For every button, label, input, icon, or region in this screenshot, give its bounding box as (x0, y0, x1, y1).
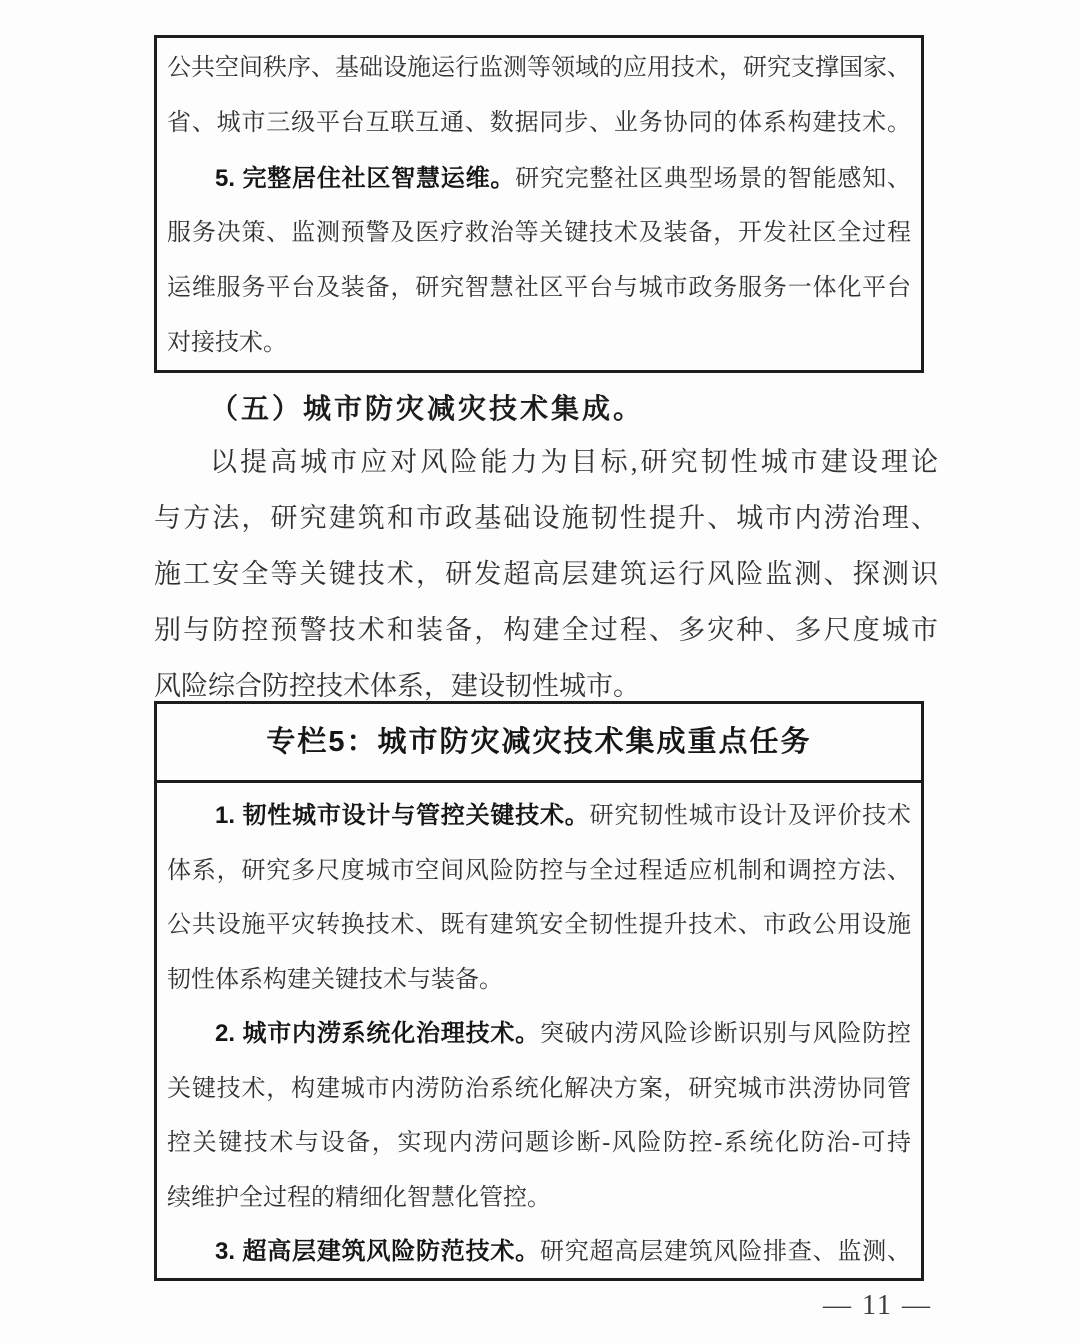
section-paragraph: 以提高城市应对风险能力为目标,研究韧性城市建设理论 与方法，研究建筑和市政基础设… (154, 434, 938, 714)
text-line-content: 控关键技术与设备，实现内涝问题诊断-风险防控-系统化防治-可持 (167, 1130, 911, 1156)
text-line: 别与防控预警技术和装备，构建全过程、多灾种、多尺度城市 (154, 602, 938, 658)
text-line-content: 以提高城市应对风险能力为目标,研究韧性城市建设理论 (210, 447, 938, 477)
text-line-content: 研究超高层建筑风险排查、监测、 (540, 1239, 911, 1265)
column5-body: 1. 韧性城市设计与管控关键技术。研究韧性城市设计及评价技术 体系，研究多尺度城… (157, 783, 921, 1280)
document-page: 公共空间秩序、基础设施运行监测等领域的应用技术，研究支撑国家、 省、城市三级平台… (0, 0, 1080, 1343)
text-line-content: 运维服务平台及装备，研究智慧社区平台与城市政务服务一体化平台 (167, 275, 911, 301)
text-line-content: 韧性体系构建关键技术与装备。 (167, 967, 503, 993)
item-number-label: 5. 完整居住社区智慧运维。 (215, 165, 515, 192)
text-line: 公共设施平灾转换技术、既有建筑安全韧性提升技术、市政公用设施 (167, 898, 911, 953)
text-line-content: 研究韧性城市设计及评价技术 (590, 803, 911, 829)
text-line-content: 施工安全等关键技术，研发超高层建筑运行风险监测、探测识 (154, 559, 938, 589)
text-line-content: 对接技术。 (167, 330, 287, 356)
continuation-task-box: 公共空间秩序、基础设施运行监测等领域的应用技术，研究支撑国家、 省、城市三级平台… (154, 35, 924, 373)
text-line: 体系，研究多尺度城市空间风险防控与全过程适应机制和调控方法、 (167, 844, 911, 899)
text-line: 5. 完整居住社区智慧运维。研究完整社区典型场景的智能感知、 (167, 151, 911, 206)
column5-title: 专栏5：城市防灾减灾技术集成重点任务 (157, 704, 921, 783)
text-line-content: 公共空间秩序、基础设施运行监测等领域的应用技术，研究支撑国家、 (167, 55, 911, 81)
column5-task-box: 专栏5：城市防灾减灾技术集成重点任务 1. 韧性城市设计与管控关键技术。研究韧性… (154, 701, 924, 1281)
text-line: 2. 城市内涝系统化治理技术。突破内涝风险诊断识别与风险防控 (167, 1007, 911, 1062)
text-line-content: 体系，研究多尺度城市空间风险防控与全过程适应机制和调控方法、 (167, 858, 911, 884)
text-line-content: 关键技术，构建城市内涝防治系统化解决方案，研究城市洪涝协同管 (167, 1076, 911, 1102)
text-line: 施工安全等关键技术，研发超高层建筑运行风险监测、探测识 (154, 546, 938, 602)
text-line-content: 公共设施平灾转换技术、既有建筑安全韧性提升技术、市政公用设施 (167, 912, 911, 938)
text-line: 控关键技术与设备，实现内涝问题诊断-风险防控-系统化防治-可持 (167, 1116, 911, 1171)
text-line: 3. 超高层建筑风险防范技术。研究超高层建筑风险排查、监测、 (167, 1225, 911, 1280)
text-line-content: 与方法，研究建筑和市政基础设施韧性提升、城市内涝治理、 (154, 503, 938, 533)
text-line: 关键技术，构建城市内涝防治系统化解决方案，研究城市洪涝协同管 (167, 1062, 911, 1117)
text-line: 服务决策、监测预警及医疗救治等关键技术及装备，开发社区全过程 (167, 206, 911, 261)
item-number-label: 2. 城市内涝系统化治理技术。 (215, 1020, 540, 1047)
text-line: 对接技术。 (167, 316, 911, 371)
text-line: 运维服务平台及装备，研究智慧社区平台与城市政务服务一体化平台 (167, 261, 911, 316)
text-line-content: 服务决策、监测预警及医疗救治等关键技术及装备，开发社区全过程 (167, 220, 911, 246)
item-number-label: 3. 超高层建筑风险防范技术。 (215, 1238, 540, 1265)
text-line: 1. 韧性城市设计与管控关键技术。研究韧性城市设计及评价技术 (167, 789, 911, 844)
item-number-label: 1. 韧性城市设计与管控关键技术。 (215, 802, 590, 829)
text-line-content: 别与防控预警技术和装备，构建全过程、多灾种、多尺度城市 (154, 615, 938, 645)
text-line-content: 风险综合防控技术体系，建设韧性城市。 (154, 671, 640, 701)
text-line: 省、城市三级平台互联互通、数据同步、业务协同的体系构建技术。 (167, 96, 911, 151)
text-line-content: 突破内涝风险诊断识别与风险防控 (540, 1021, 911, 1047)
text-line: 韧性体系构建关键技术与装备。 (167, 953, 911, 1008)
text-line-content: 研究完整社区典型场景的智能感知、 (515, 166, 911, 192)
section-heading: （五）城市防灾减灾技术集成。 (154, 390, 938, 430)
text-line-content: 省、城市三级平台互联互通、数据同步、业务协同的体系构建技术。 (167, 110, 911, 136)
text-line: 与方法，研究建筑和市政基础设施韧性提升、城市内涝治理、 (154, 490, 938, 546)
page-number: — 11 — (795, 1288, 960, 1324)
text-line: 公共空间秩序、基础设施运行监测等领域的应用技术，研究支撑国家、 (167, 41, 911, 96)
text-line: 以提高城市应对风险能力为目标,研究韧性城市建设理论 (154, 434, 938, 490)
text-line-content: 续维护全过程的精细化智慧化管控。 (167, 1185, 551, 1211)
text-line: 续维护全过程的精细化智慧化管控。 (167, 1171, 911, 1226)
